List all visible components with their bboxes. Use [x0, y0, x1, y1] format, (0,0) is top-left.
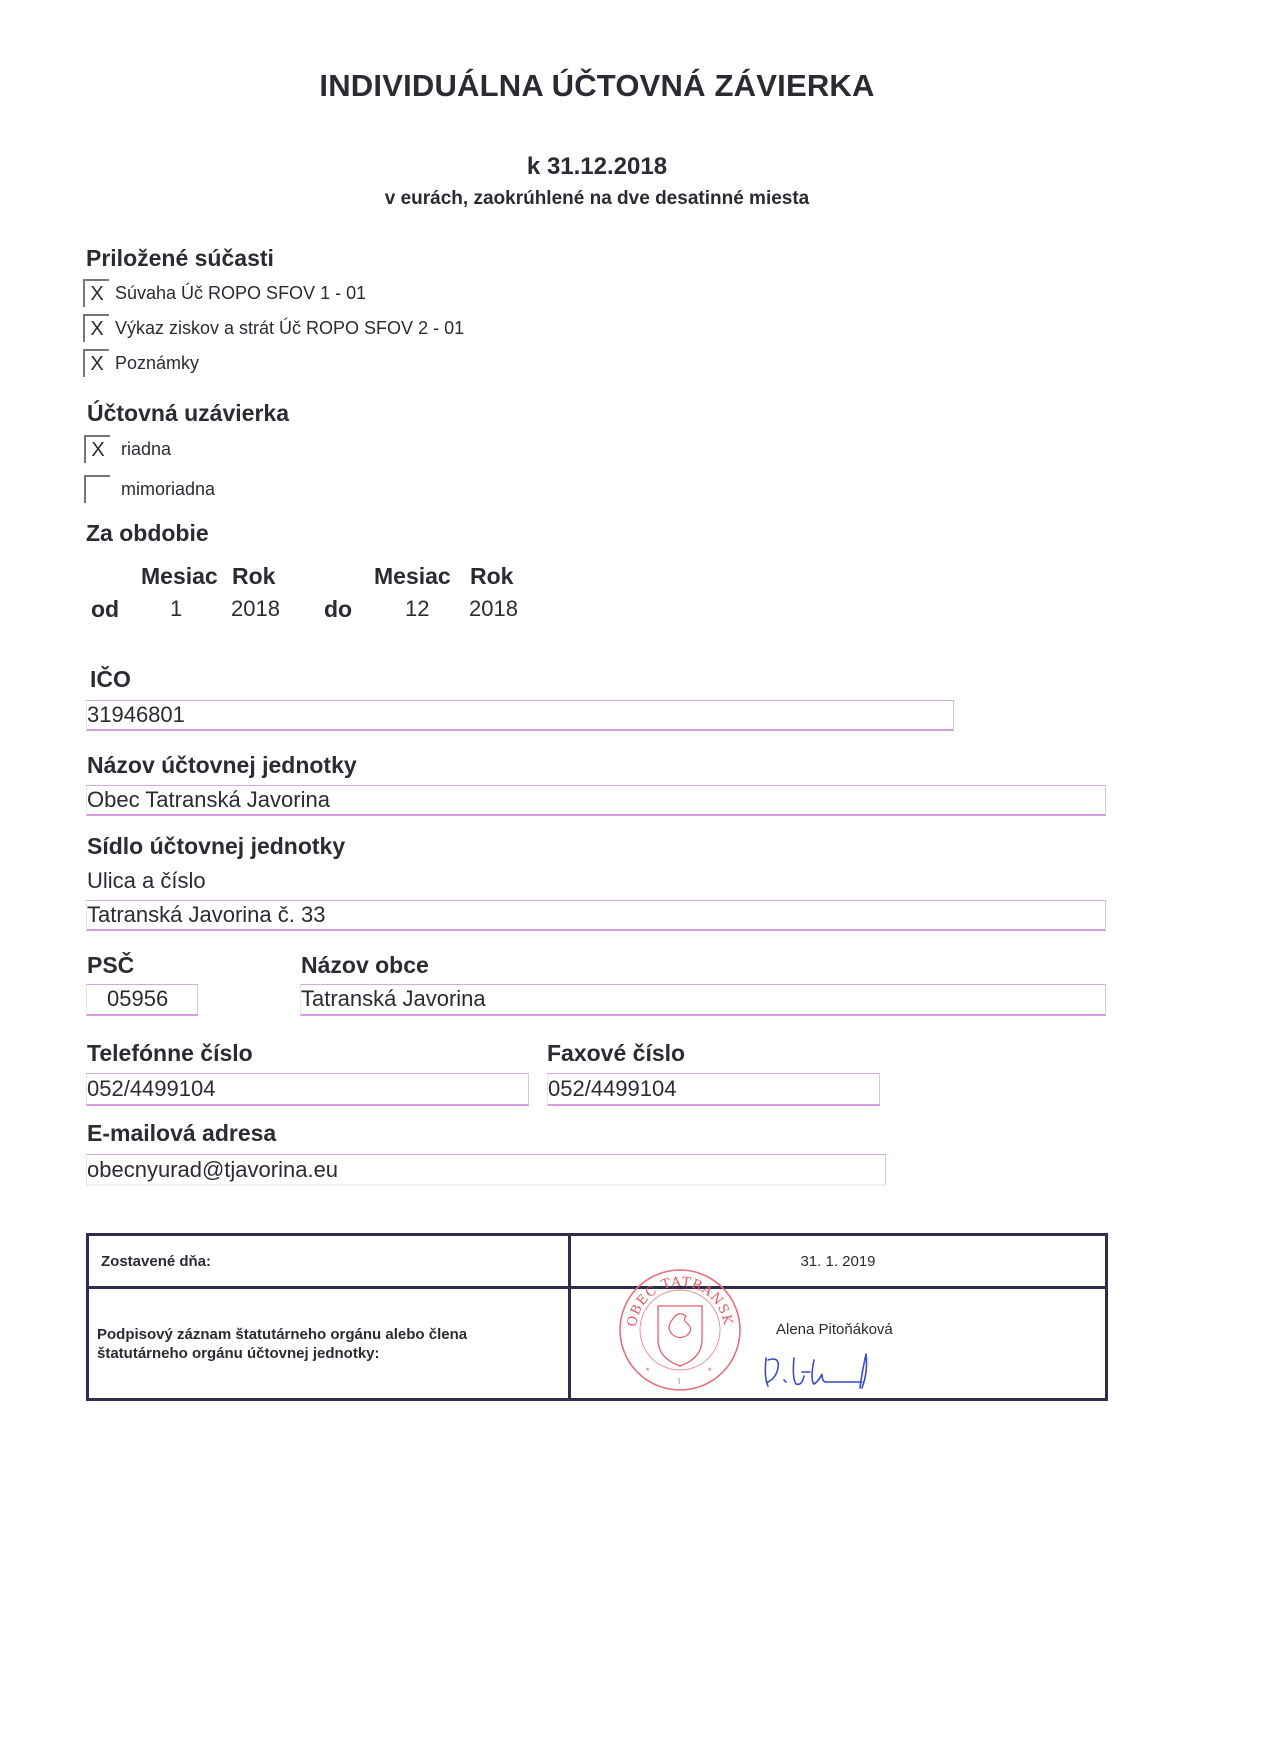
ico-value: 31946801: [87, 702, 185, 728]
attachment-label: Výkaz ziskov a strát Úč ROPO SFOV 2 - 01: [115, 318, 464, 339]
handwritten-signature-icon: [762, 1352, 882, 1392]
checkbox-balance-sheet[interactable]: X: [83, 279, 109, 307]
street-value: Tatranská Javorina č. 33: [87, 902, 325, 928]
email-value: obecnyurad@tjavorina.eu: [87, 1157, 338, 1183]
svg-text:*: *: [646, 1366, 650, 1376]
svg-text:I: I: [678, 1377, 680, 1386]
document-title: INDIVIDUÁLNA ÚČTOVNÁ ZÁVIERKA: [0, 68, 1194, 104]
attachment-label: Súvaha Úč ROPO SFOV 1 - 01: [115, 283, 366, 304]
from-month-header: Mesiac: [141, 563, 218, 590]
fax-label: Faxové číslo: [547, 1040, 685, 1067]
attachment-label: Poznámky: [115, 353, 199, 374]
to-month: 12: [405, 596, 429, 622]
seat-label: Sídlo účtovnej jednotky: [87, 833, 345, 860]
to-month-header: Mesiac: [374, 563, 451, 590]
phone-value: 052/4499104: [87, 1076, 215, 1102]
checkbox-notes[interactable]: X: [83, 349, 109, 377]
psc-value: 05956: [107, 986, 168, 1012]
signature-table: Zostavené dňa: 31. 1. 2019 Podpisový záz…: [86, 1233, 1108, 1401]
street-label: Ulica a číslo: [87, 868, 206, 894]
from-year: 2018: [231, 596, 280, 622]
closing-heading: Účtovná uzávierka: [87, 400, 289, 427]
to-year-header: Rok: [470, 563, 513, 590]
option-label: mimoriadna: [121, 479, 215, 500]
city-label: Názov obce: [301, 952, 429, 979]
email-label: E-mailová adresa: [87, 1120, 276, 1147]
city-value: Tatranská Javorina: [301, 986, 486, 1012]
psc-label: PSČ: [87, 952, 134, 979]
signature-record-label: Podpisový záznam štatutárneho orgánu ale…: [88, 1288, 570, 1400]
compiled-date-label: Zostavené dňa:: [88, 1235, 570, 1288]
attachments-heading: Priložené súčasti: [86, 245, 274, 272]
period-heading: Za obdobie: [86, 520, 209, 547]
ico-label: IČO: [90, 666, 131, 693]
entity-name-value: Obec Tatranská Javorina: [87, 787, 330, 813]
svg-text:*: *: [708, 1366, 712, 1376]
official-stamp-icon: OBEC TATRANSKÁ JAVORINA * * I: [616, 1266, 744, 1394]
checkbox-extraordinary[interactable]: [84, 475, 110, 503]
report-date: k 31.12.2018: [0, 153, 1194, 181]
to-label: do: [324, 596, 352, 623]
entity-name-label: Názov účtovnej jednotky: [87, 752, 357, 779]
svg-text:OBEC TATRANSKÁ JAVORINA: OBEC TATRANSKÁ JAVORINA: [616, 1266, 735, 1328]
ico-field[interactable]: [86, 700, 954, 731]
phone-label: Telefónne číslo: [87, 1040, 253, 1067]
signature-record-label-line2: štatutárneho orgánu účtovnej jednotky:: [97, 1344, 568, 1363]
fax-value: 052/4499104: [548, 1076, 676, 1102]
checkbox-income-statement[interactable]: X: [83, 314, 109, 342]
currency-note: v eurách, zaokrúhlené na dve desatinné m…: [0, 188, 1194, 210]
from-label: od: [91, 596, 119, 623]
from-month: 1: [170, 596, 182, 622]
signature-record-label-line1: Podpisový záznam štatutárneho orgánu ale…: [97, 1325, 568, 1344]
checkbox-regular[interactable]: X: [84, 435, 110, 463]
signatory-name: Alena Pitoňáková: [776, 1321, 893, 1338]
to-year: 2018: [469, 596, 518, 622]
from-year-header: Rok: [232, 563, 275, 590]
option-label: riadna: [121, 439, 171, 460]
